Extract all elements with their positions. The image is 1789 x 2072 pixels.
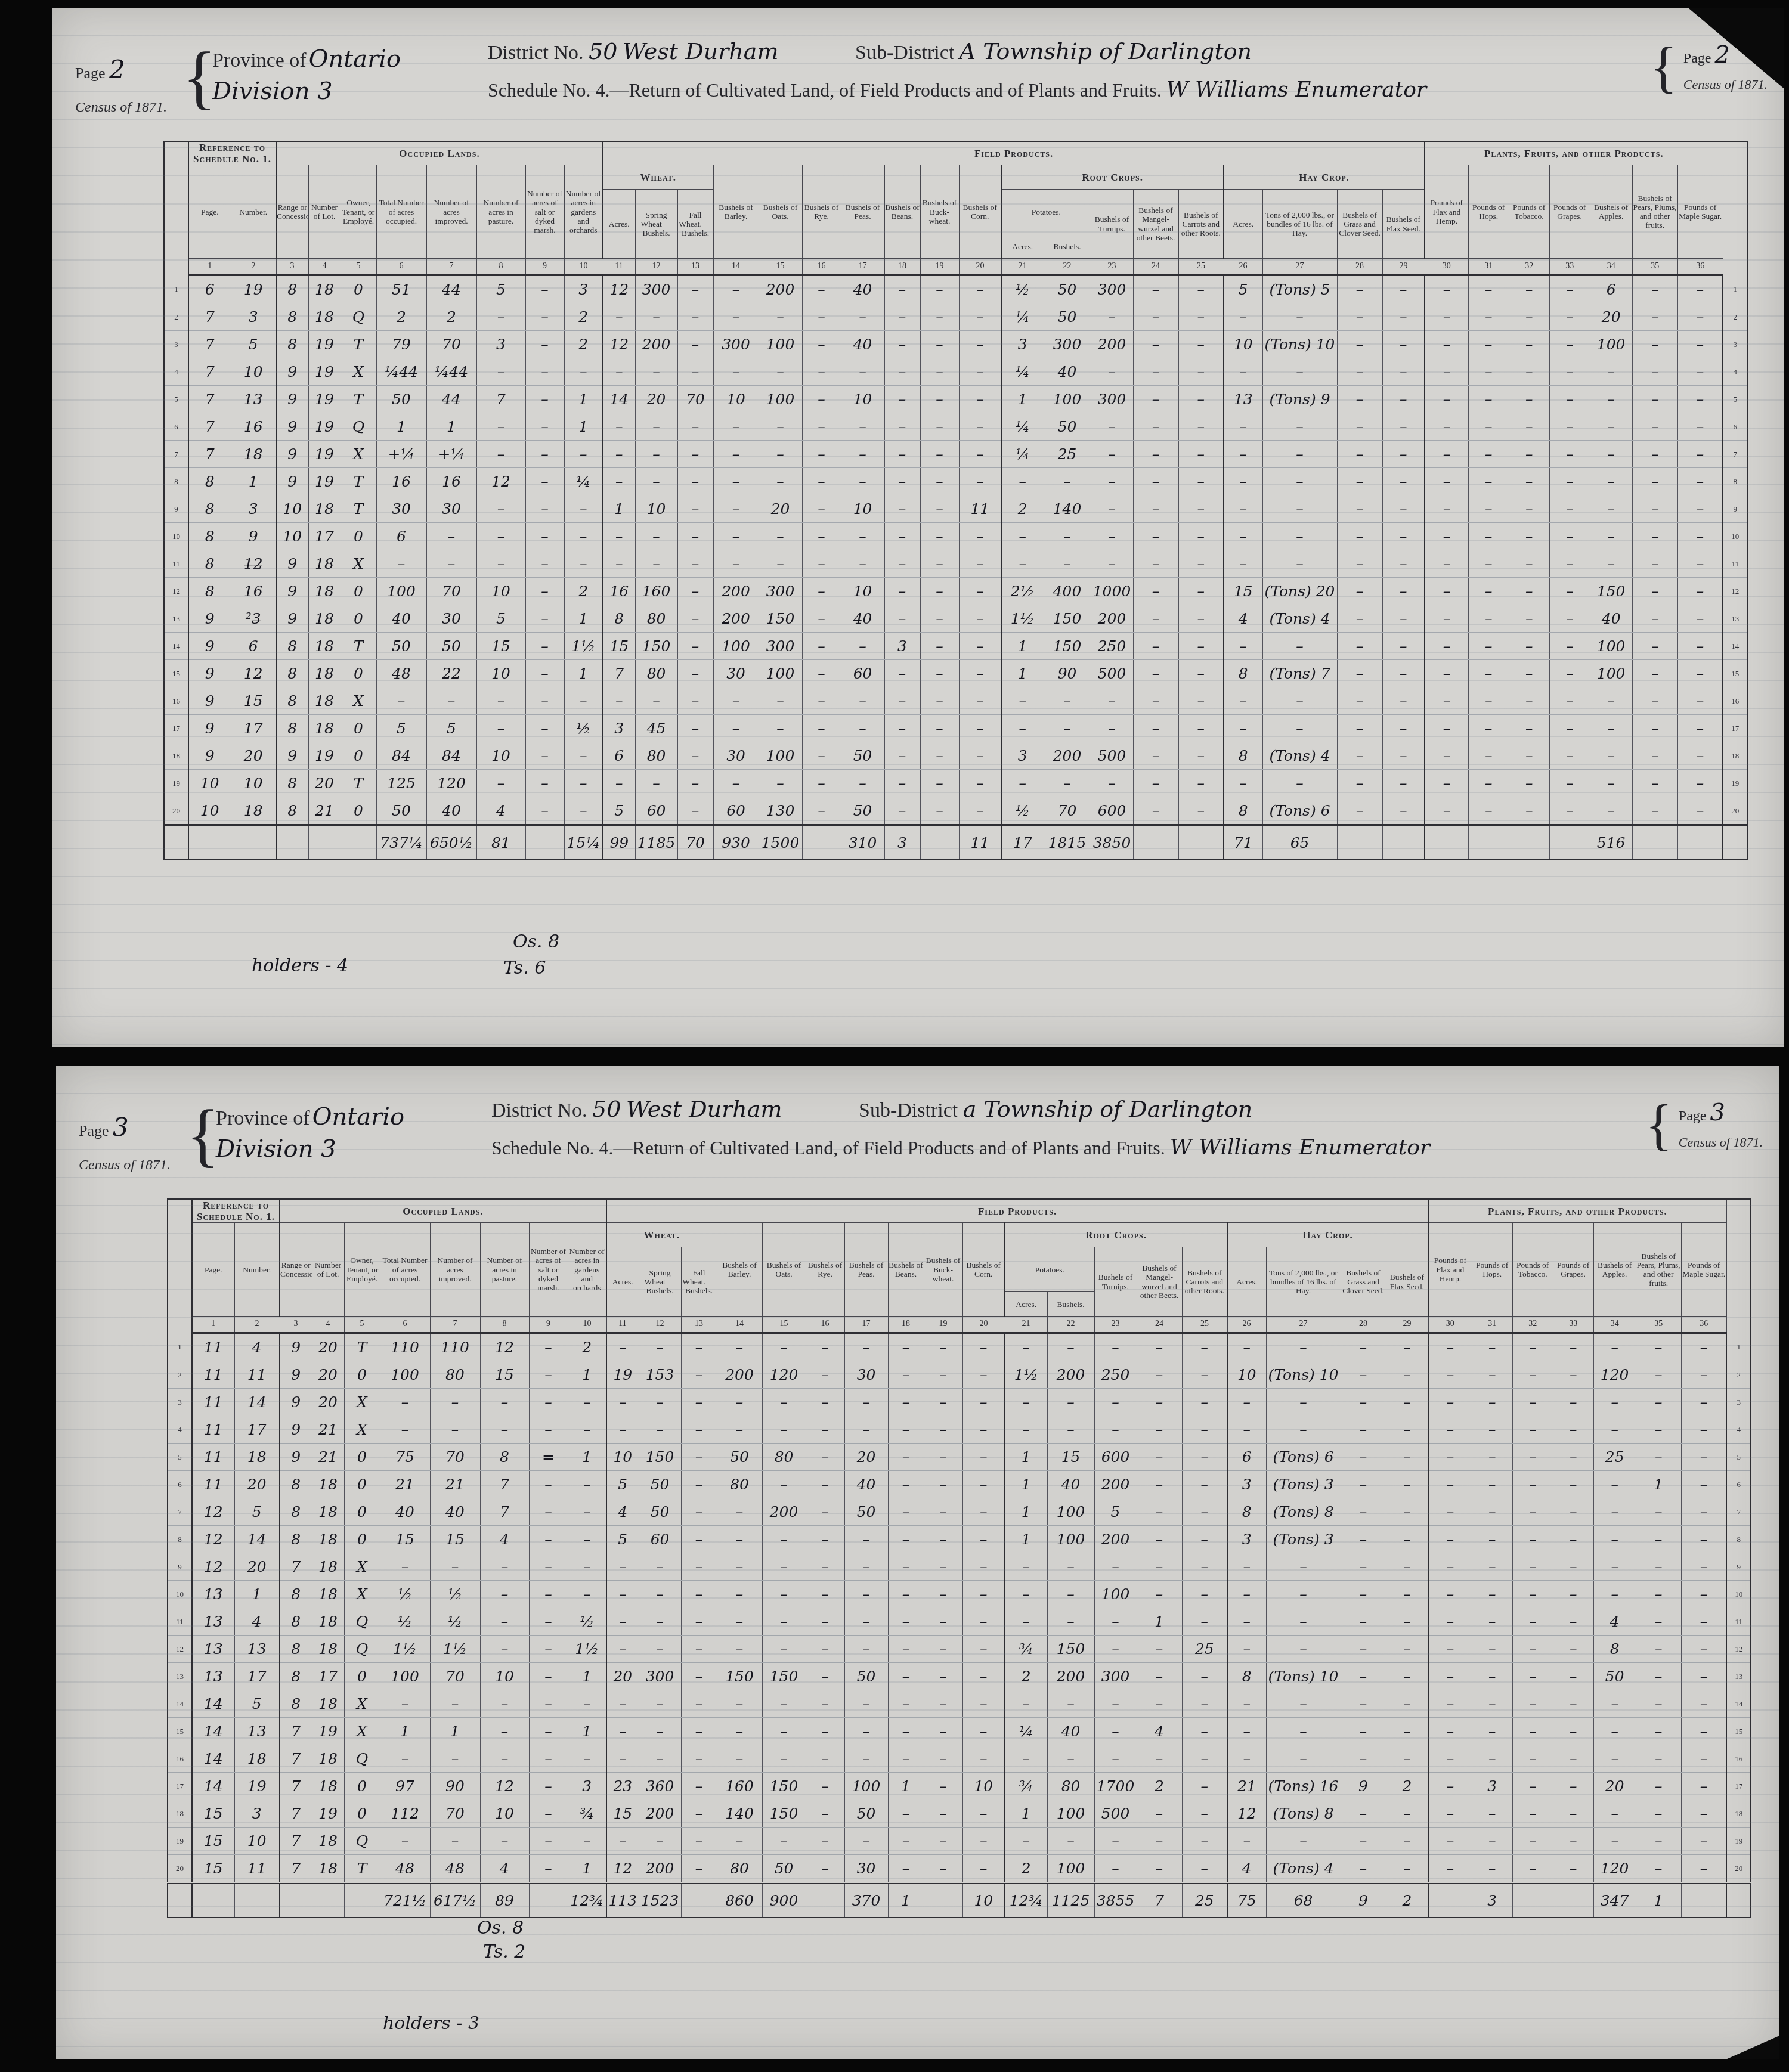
table-cell: – — [1636, 1718, 1681, 1745]
table-cell: – — [1468, 331, 1509, 358]
table-cell: – — [713, 715, 759, 742]
table-cell: +¼ — [426, 441, 476, 468]
table-cell: – — [1227, 1389, 1266, 1416]
table-cell: – — [1472, 1663, 1512, 1690]
table-cell: – — [924, 1800, 962, 1828]
table-cell: 18 — [312, 1581, 344, 1608]
table-cell: 9 — [188, 660, 231, 687]
table-cell: 8 — [188, 550, 231, 578]
table-cell: – — [1337, 386, 1382, 413]
table-cell: – — [1636, 1773, 1681, 1800]
table-cell: – — [1593, 1553, 1636, 1581]
table-cell: – — [568, 1416, 606, 1444]
row-number: 2 — [168, 1361, 192, 1389]
table-cell: – — [1428, 1608, 1472, 1636]
column-number: 26 — [1227, 1317, 1266, 1333]
table-cell: – — [525, 715, 564, 742]
total-cell — [1632, 825, 1677, 860]
table-cell: – — [1382, 413, 1425, 441]
table-cell: 15 — [603, 633, 635, 660]
table-cell: – — [1593, 1416, 1636, 1444]
page-3-header: Page 3 Census of 1871. { Province of Ont… — [56, 1066, 1779, 1198]
table-cell: – — [1386, 1690, 1428, 1718]
table-cell: – — [1553, 1361, 1593, 1389]
table-cell: – — [1091, 523, 1133, 550]
total-cell: 3850 — [1091, 825, 1133, 860]
table-cell: 10 — [635, 495, 677, 523]
table-cell: – — [430, 1745, 480, 1773]
total-cell: 17 — [1001, 825, 1044, 860]
table-cell: – — [924, 1581, 962, 1608]
table-cell: – — [1509, 578, 1549, 605]
table-cell: 500 — [1091, 742, 1133, 770]
table-cell: 18 — [308, 550, 341, 578]
total-cell: 721½ — [380, 1883, 430, 1918]
table-cell: 10 — [1227, 1361, 1266, 1389]
table-cell: 10 — [480, 1800, 529, 1828]
table-cell: 1 — [1636, 1471, 1681, 1498]
table-cell: – — [529, 1581, 568, 1608]
col-lot: Number of Lot. — [308, 165, 341, 259]
table-cell: – — [564, 797, 603, 825]
table-row: 121313818Q1½1½––1½––––––––––¾150––25––––… — [168, 1636, 1751, 1663]
table-cell: 1 — [376, 413, 426, 441]
table-cell: – — [1468, 715, 1509, 742]
table-cell: 40 — [1044, 358, 1091, 386]
table-cell: – — [1636, 1498, 1681, 1526]
table-cell: – — [1266, 1416, 1341, 1444]
row-number: 7 — [164, 441, 188, 468]
table-cell: – — [759, 441, 802, 468]
table-cell: – — [1512, 1361, 1553, 1389]
table-cell: 7 — [280, 1773, 312, 1800]
table-cell: – — [681, 1581, 717, 1608]
census-of-label: Census of 1871. — [79, 1157, 171, 1173]
page-number-block: Page 3 Census of 1871. — [79, 1113, 171, 1173]
table-cell: – — [1182, 1471, 1227, 1498]
table-cell: T — [344, 1855, 380, 1883]
table-cell: – — [1636, 1581, 1681, 1608]
table-cell: 18 — [312, 1773, 344, 1800]
table-cell: 600 — [1094, 1444, 1137, 1471]
table-cell: – — [1472, 1498, 1512, 1526]
table-cell: – — [1266, 1581, 1341, 1608]
table-cell: 250 — [1091, 633, 1133, 660]
table-cell: – — [1133, 687, 1178, 715]
table-cell: – — [1182, 1389, 1227, 1416]
table-cell: – — [1549, 550, 1590, 578]
table-cell: 12 — [1227, 1800, 1266, 1828]
table-cell: – — [606, 1553, 639, 1581]
total-cell — [192, 1883, 234, 1918]
table-cell: – — [1425, 660, 1468, 687]
row-number: 1 — [1726, 1333, 1751, 1361]
table-cell: – — [959, 550, 1001, 578]
table-cell: – — [1681, 1553, 1726, 1581]
field-products-group-header: Field Products. — [603, 141, 1425, 165]
table-cell: 50 — [426, 633, 476, 660]
table-cell: 10 — [476, 742, 525, 770]
table-row: 41117921X–––––––––––––––––––––––––––––––… — [168, 1416, 1751, 1444]
row-number: 19 — [1726, 1828, 1751, 1855]
table-cell: 18 — [308, 687, 341, 715]
table-cell: – — [959, 578, 1001, 605]
table-cell: – — [962, 1608, 1005, 1636]
table-cell: 8 — [276, 770, 308, 797]
table-cell: – — [1182, 1361, 1227, 1389]
table-cell: – — [635, 523, 677, 550]
table-cell: – — [635, 441, 677, 468]
row-number: 16 — [1723, 687, 1747, 715]
table-cell: 5 — [606, 1471, 639, 1498]
table-cell: 6 — [376, 523, 426, 550]
table-row: 1181̶2̶918X–––––––––––––––––––––––––––––… — [164, 550, 1747, 578]
table-cell: – — [841, 441, 884, 468]
table-cell: – — [806, 1690, 844, 1718]
table-cell: 7 — [280, 1553, 312, 1581]
total-cell — [1677, 825, 1723, 860]
table-cell: (Tons) 8 — [1266, 1498, 1341, 1526]
table-cell: – — [959, 742, 1001, 770]
table-cell: – — [564, 687, 603, 715]
subdistrict-handwritten: a Township of Darlington — [963, 1096, 1253, 1122]
table-cell: 200 — [639, 1855, 681, 1883]
table-cell: – — [1593, 1333, 1636, 1361]
table-cell: – — [677, 358, 713, 386]
table-cell: 18 — [308, 303, 341, 331]
table-cell: 100 — [759, 742, 802, 770]
table-cell: – — [1681, 1389, 1726, 1416]
table-cell: 18 — [312, 1855, 344, 1883]
table-cell: 30 — [713, 742, 759, 770]
table-cell: – — [1227, 1690, 1266, 1718]
table-cell: – — [568, 1745, 606, 1773]
table-cell: – — [1337, 441, 1382, 468]
table-cell: – — [1224, 495, 1262, 523]
table-cell: – — [959, 413, 1001, 441]
table-cell: 0 — [341, 742, 376, 770]
table-cell: 200 — [713, 578, 759, 605]
table-cell: 12 — [476, 468, 525, 495]
table-cell: – — [1468, 495, 1509, 523]
table-cell: – — [802, 468, 841, 495]
table-cell: 100 — [1590, 633, 1632, 660]
table-cell: – — [1044, 770, 1091, 797]
table-cell: – — [759, 413, 802, 441]
table-cell: – — [1224, 468, 1262, 495]
table-cell: 13 — [192, 1581, 234, 1608]
table-cell: – — [806, 1526, 844, 1553]
column-number: 14 — [717, 1317, 762, 1333]
table-cell: – — [762, 1608, 806, 1636]
table-cell: – — [564, 358, 603, 386]
table-cell: 2 — [1001, 495, 1044, 523]
schedule-title: Schedule No. 4.—Return of Cultivated Lan… — [491, 1137, 1165, 1159]
table-cell: – — [1425, 687, 1468, 715]
row-number: 18 — [164, 742, 188, 770]
col-maple-sugar: Pounds of Maple Sugar. — [1677, 165, 1723, 259]
column-number: 24 — [1133, 259, 1178, 275]
table-cell: (Tons) 10 — [1266, 1361, 1341, 1389]
ts-note: Ts. 6 — [503, 958, 546, 978]
col-flax-seed: Bushels of Flax Seed. — [1382, 190, 1425, 259]
table-cell: – — [1632, 275, 1677, 303]
table-cell: – — [1549, 303, 1590, 331]
table-cell: 45 — [635, 715, 677, 742]
table-cell: 2 — [1005, 1663, 1047, 1690]
table-cell: – — [1386, 1498, 1428, 1526]
table-cell: – — [1091, 770, 1133, 797]
table-cell: 50 — [376, 386, 426, 413]
table-cell: 140 — [717, 1800, 762, 1828]
province-block: Province of Ontario Division 3 — [216, 1103, 404, 1163]
table-cell: 60 — [841, 660, 884, 687]
table-cell: – — [525, 386, 564, 413]
column-number: 5 — [344, 1317, 380, 1333]
table-cell: – — [677, 797, 713, 825]
table-cell: – — [806, 1800, 844, 1828]
table-cell: 1 — [568, 1855, 606, 1883]
table-cell: – — [1133, 441, 1178, 468]
table-cell: – — [762, 1553, 806, 1581]
table-cell: – — [920, 633, 959, 660]
col-apples: Bushels of Apples. — [1590, 165, 1632, 259]
column-number: 33 — [1553, 1317, 1593, 1333]
table-cell: 12 — [192, 1553, 234, 1581]
table-cell: – — [1549, 413, 1590, 441]
table-row: 10131818X½½–––––––––––––––100–––––––––––… — [168, 1581, 1751, 1608]
table-cell: – — [888, 1608, 924, 1636]
table-cell: – — [1549, 633, 1590, 660]
subdistrict-label: Sub-District — [859, 1100, 958, 1122]
table-cell: 15 — [476, 633, 525, 660]
table-cell: 25 — [1044, 441, 1091, 468]
table-cell: – — [1472, 1444, 1512, 1471]
table-cell: – — [1001, 715, 1044, 742]
table-cell: – — [681, 1636, 717, 1663]
table-cell: – — [1386, 1471, 1428, 1498]
table-cell: – — [529, 1361, 568, 1389]
table-cell: – — [884, 742, 920, 770]
table-cell: – — [920, 550, 959, 578]
table-cell: – — [1337, 468, 1382, 495]
table-cell: ¼ — [1001, 358, 1044, 386]
table-row: 189209190848410––680–30100–50–––3200500–… — [164, 742, 1747, 770]
table-cell: – — [920, 495, 959, 523]
total-cell: 65 — [1262, 825, 1337, 860]
table-cell: – — [920, 303, 959, 331]
table-cell: (Tons) 5 — [1262, 275, 1337, 303]
table-cell: – — [603, 358, 635, 386]
table-cell: 9 — [231, 523, 276, 550]
table-cell: – — [884, 441, 920, 468]
table-cell: – — [681, 1389, 717, 1416]
row-number: 12 — [1723, 578, 1747, 605]
table-cell: – — [924, 1444, 962, 1471]
table-cell: – — [1636, 1416, 1681, 1444]
column-number: 34 — [1593, 1317, 1636, 1333]
total-cell — [1512, 1883, 1553, 1918]
table-cell: 10 — [231, 770, 276, 797]
col-turnips: Bushels of Turnips. — [1094, 1247, 1137, 1317]
table-cell: 3 — [476, 331, 525, 358]
table-cell: 8 — [1593, 1636, 1636, 1663]
table-cell: – — [525, 550, 564, 578]
table-cell: – — [1472, 1416, 1512, 1444]
table-cell: 7 — [480, 1471, 529, 1498]
table-cell: – — [1509, 303, 1549, 331]
total-cell: 1125 — [1047, 1883, 1094, 1918]
table-cell: 112 — [380, 1800, 430, 1828]
table-cell: – — [1091, 413, 1133, 441]
table-cell: – — [1512, 1745, 1553, 1773]
table-cell: – — [962, 1690, 1005, 1718]
table-cell: – — [426, 687, 476, 715]
table-cell: – — [888, 1444, 924, 1471]
row-number: 14 — [1726, 1690, 1751, 1718]
column-number: 36 — [1681, 1317, 1726, 1333]
table-cell: – — [1266, 1745, 1341, 1773]
table-cell: – — [1266, 1718, 1341, 1745]
table-cell: – — [844, 1636, 888, 1663]
col-lot: Number of Lot. — [312, 1223, 344, 1317]
col-tobacco: Pounds of Tobacco. — [1512, 1223, 1553, 1317]
district-block: District No. 50 West Durham Sub-District… — [488, 38, 1490, 102]
table-totals: 737¼650½8115¼991185709301500310311171815… — [164, 825, 1747, 860]
table-cell: – — [1428, 1718, 1472, 1745]
table-cell: 13 — [192, 1636, 234, 1663]
table-cell: – — [844, 1608, 888, 1636]
table-cell: – — [1636, 1745, 1681, 1773]
table-cell: – — [1137, 1416, 1182, 1444]
table-cell: 200 — [1047, 1663, 1094, 1690]
table-cell: – — [1001, 468, 1044, 495]
table-cell: – — [1428, 1553, 1472, 1581]
table-cell: – — [920, 275, 959, 303]
table-cell: – — [603, 550, 635, 578]
table-cell: – — [1266, 1553, 1341, 1581]
table-cell: 3 — [1227, 1471, 1266, 1498]
table-cell: 14 — [192, 1773, 234, 1800]
table-cell: – — [1512, 1526, 1553, 1553]
table-cell: – — [1341, 1333, 1386, 1361]
table-cell: 11 — [234, 1361, 280, 1389]
table-cell: – — [1386, 1718, 1428, 1745]
table-cell: 10 — [476, 578, 525, 605]
table-cell: T — [341, 468, 376, 495]
table-cell: – — [635, 303, 677, 331]
table-cell: – — [1182, 1773, 1227, 1800]
table-cell: – — [1636, 1608, 1681, 1636]
table-cell: – — [480, 1389, 529, 1416]
table-cell: – — [568, 1553, 606, 1581]
table-cell: 12 — [192, 1498, 234, 1526]
table-cell: – — [802, 331, 841, 358]
table-cell: – — [1428, 1361, 1472, 1389]
table-cell: 8 — [1227, 1498, 1266, 1526]
row-number: 17 — [1726, 1773, 1751, 1800]
table-cell: – — [806, 1718, 844, 1745]
table-cell: 7 — [603, 660, 635, 687]
table-cell: 17 — [234, 1416, 280, 1444]
table-cell: – — [677, 770, 713, 797]
table-cell: 25 — [1593, 1444, 1636, 1471]
column-number: 29 — [1382, 259, 1425, 275]
table-cell: (Tons) 9 — [1262, 386, 1337, 413]
table-cell: – — [1047, 1416, 1094, 1444]
table-cell: – — [1133, 797, 1178, 825]
table-cell: – — [1509, 660, 1549, 687]
table-cell: – — [1553, 1608, 1593, 1636]
table-cell: – — [1182, 1800, 1227, 1828]
table-cell: – — [1262, 715, 1337, 742]
table-cell: – — [888, 1553, 924, 1581]
table-cell: – — [1091, 468, 1133, 495]
table-cell: – — [888, 1389, 924, 1416]
table-cell: 19 — [308, 331, 341, 358]
table-cell: – — [959, 715, 1001, 742]
table-cell: 200 — [762, 1498, 806, 1526]
table-cell: 48 — [380, 1855, 430, 1883]
table-cell: 0 — [341, 715, 376, 742]
table-cell: – — [525, 495, 564, 523]
table-cell: 15 — [231, 687, 276, 715]
table-cell: 17 — [231, 715, 276, 742]
table-cell: – — [1137, 1663, 1182, 1690]
table-cell: – — [920, 605, 959, 633]
table-cell: – — [802, 495, 841, 523]
table-cell: 250 — [1094, 1361, 1137, 1389]
table-cell: ²3̶ — [231, 605, 276, 633]
table-cell: 10 — [480, 1663, 529, 1690]
total-cell — [1133, 825, 1178, 860]
table-cell: 7 — [188, 331, 231, 358]
table-cell: – — [1341, 1581, 1386, 1608]
table-cell: ¼ — [1001, 413, 1044, 441]
table-cell: – — [920, 358, 959, 386]
row-number: 18 — [1723, 742, 1747, 770]
table-cell: – — [529, 1498, 568, 1526]
table-cell: – — [959, 797, 1001, 825]
table-cell: – — [1005, 1581, 1047, 1608]
table-cell: – — [568, 1828, 606, 1855]
col-rye: Bushels of Rye. — [802, 165, 841, 259]
table-cell: – — [677, 523, 713, 550]
table-cell: 21 — [380, 1471, 430, 1498]
table-cell: – — [677, 633, 713, 660]
table-cell: 18 — [231, 441, 276, 468]
row-number: 8 — [1726, 1526, 1751, 1553]
table-cell: – — [1227, 1333, 1266, 1361]
table-cell: 200 — [1094, 1471, 1137, 1498]
table-cell: – — [1425, 633, 1468, 660]
row-number: 7 — [168, 1498, 192, 1526]
table-cell: 200 — [717, 1361, 762, 1389]
row-number: 2 — [164, 303, 188, 331]
table-cell: – — [525, 578, 564, 605]
table-cell: 300 — [635, 275, 677, 303]
table-cell: 3 — [1001, 742, 1044, 770]
table-cell: – — [802, 550, 841, 578]
table-cell: – — [1341, 1608, 1386, 1636]
table-cell: – — [529, 1416, 568, 1444]
col-potatoes-acres: Acres. — [1005, 1292, 1047, 1317]
table-cell: 1 — [564, 386, 603, 413]
table-cell: – — [1341, 1828, 1386, 1855]
table-cell: – — [1468, 358, 1509, 386]
table-cell: 19 — [308, 742, 341, 770]
table-cell: – — [1512, 1855, 1553, 1883]
